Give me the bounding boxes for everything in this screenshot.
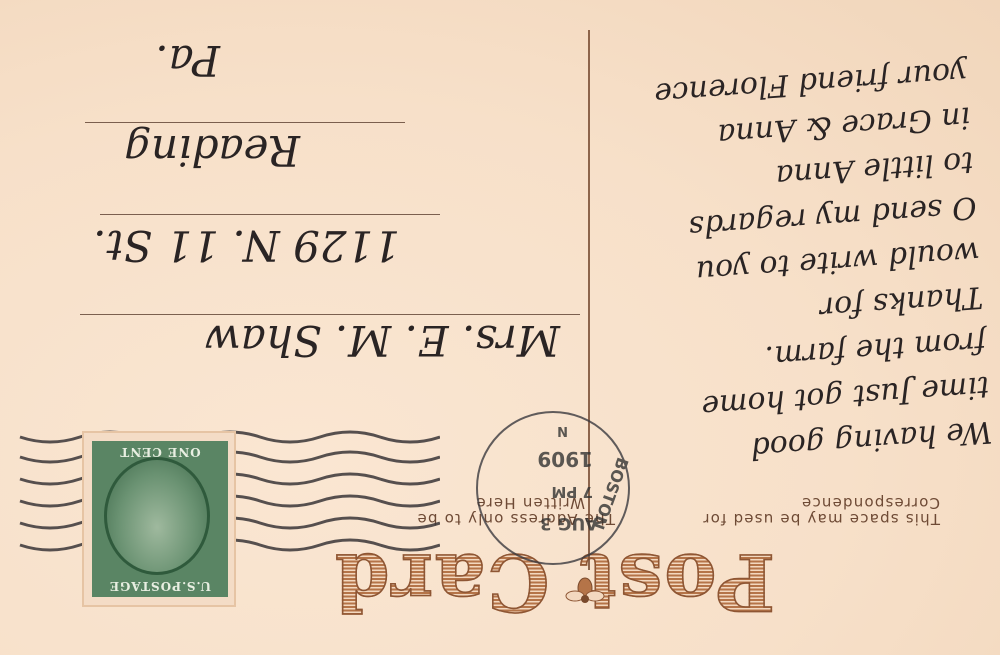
- correspondence-note-line: This space may be used for: [702, 511, 940, 527]
- address-name: Mrs. E. M. Shaw: [205, 316, 560, 365]
- bee-ornament-icon: [565, 570, 605, 610]
- stamp-bottom-text: ONE CENT: [92, 445, 228, 459]
- postcard-back: Post Card This space may be used for Cor…: [0, 0, 1000, 655]
- postmark: BOSTON AUG 3 7 PM 1909 N: [476, 411, 630, 565]
- postmark-date: AUG 3: [540, 513, 598, 533]
- portrait-icon: [104, 457, 210, 575]
- address-city: Reading: [124, 126, 300, 175]
- postmark-year: 1909: [537, 447, 593, 471]
- correspondence-note: This space may be used for Correspondenc…: [702, 495, 940, 527]
- address-rule: [85, 122, 405, 123]
- address-rule: [100, 214, 440, 215]
- stamp-face: U.S.POSTAGE ONE CENT: [92, 441, 228, 597]
- address-rule: [80, 314, 580, 315]
- address-street: 1129 N. 11 St.: [93, 221, 400, 270]
- address-state: Pa.: [155, 36, 220, 85]
- postmark-time: 7 PM: [551, 483, 593, 501]
- correspondence-note-line: Correspondence: [702, 495, 940, 511]
- handwritten-message: We having good time Just got home from t…: [653, 50, 994, 476]
- postmark-state: N: [557, 423, 568, 438]
- stamp-top-text: U.S.POSTAGE: [92, 579, 228, 593]
- postage-stamp: U.S.POSTAGE ONE CENT: [84, 433, 234, 605]
